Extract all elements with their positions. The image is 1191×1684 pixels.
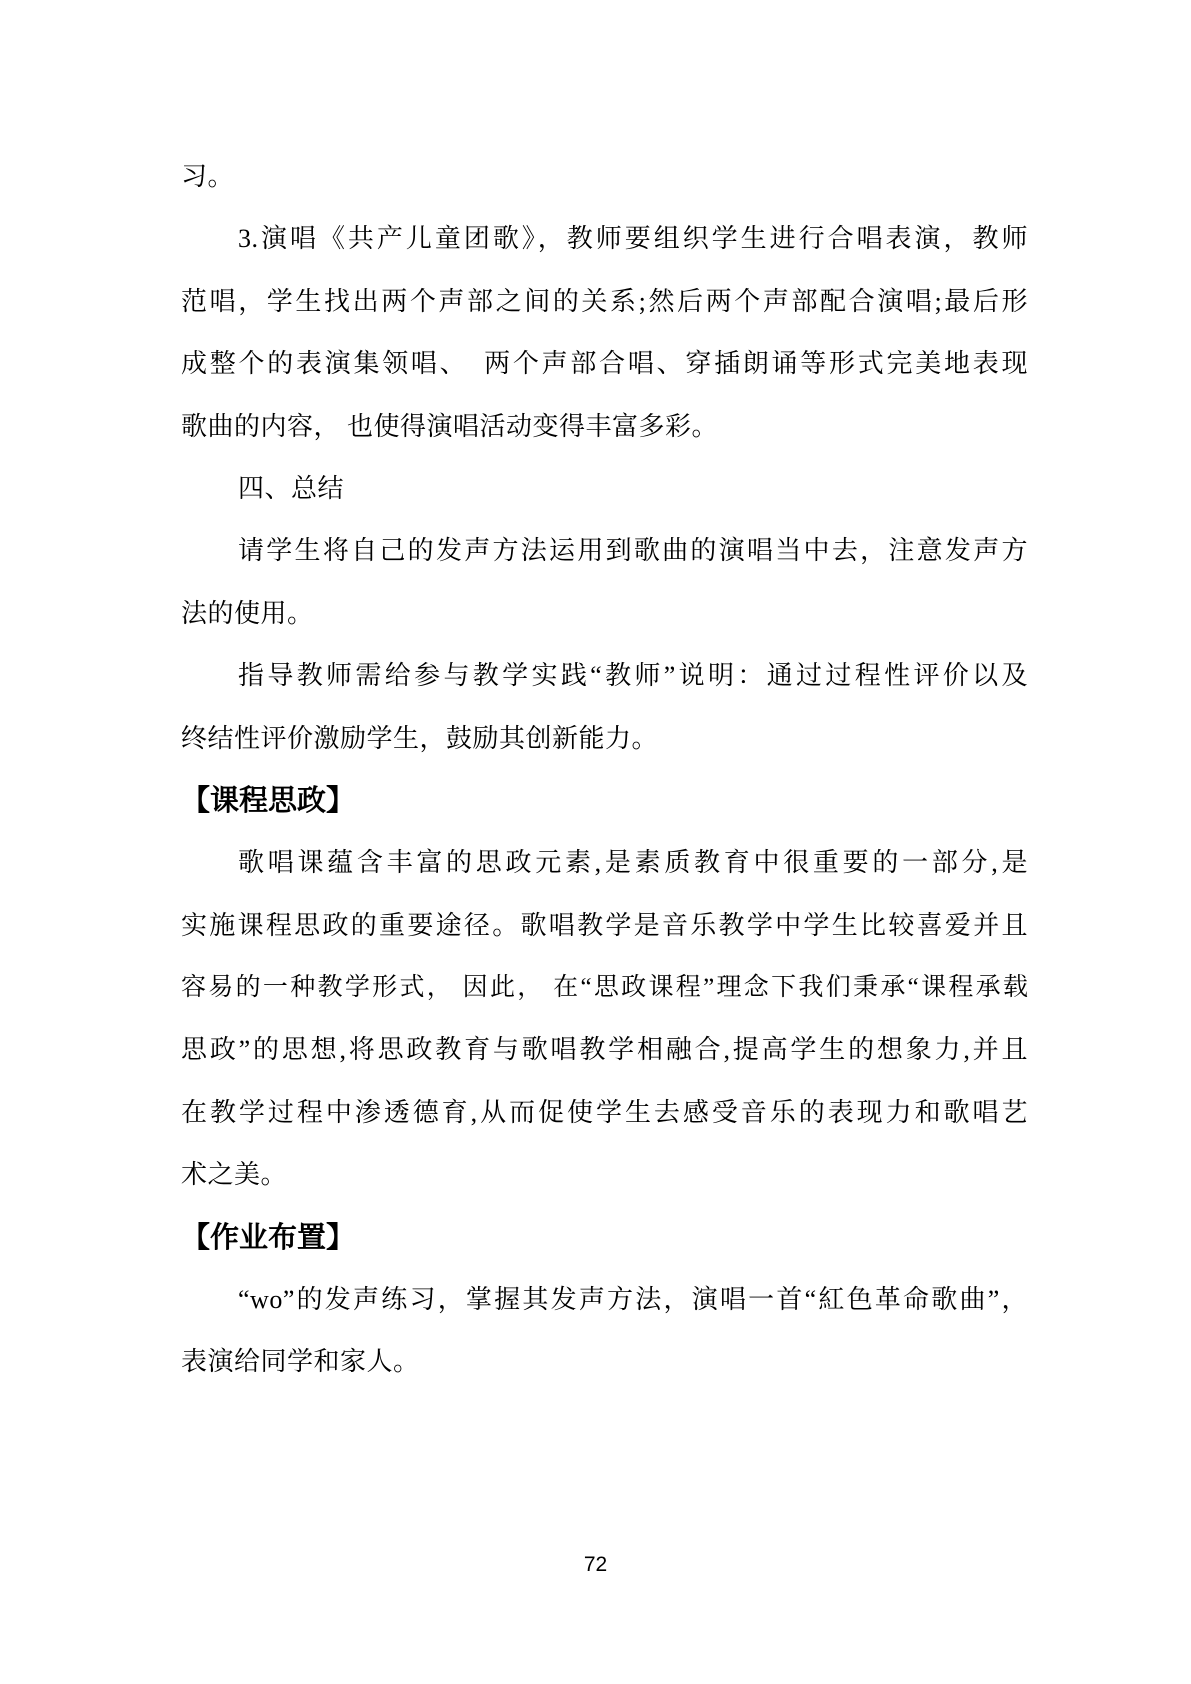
doc-line: 范唱，学生找出两个声部之间的关系;然后两个声部配合演唱;最后形 bbox=[181, 271, 1028, 333]
doc-line: 歌唱课蕴含丰富的思政元素,是素质教育中很重要的一部分,是 bbox=[181, 832, 1028, 894]
doc-line: 法的使用。 bbox=[181, 583, 1028, 645]
section-heading-homework: 【作业布置】 bbox=[181, 1207, 1028, 1269]
document-page: 习。 3.演唱《共产儿童团歌》，教师要组织学生进行合唱表演，教师 范唱，学生找出… bbox=[0, 0, 1191, 1684]
doc-line: 容易的一种教学形式， 因此， 在“思政课程”理念下我们秉承“课程承载 bbox=[181, 957, 1028, 1019]
doc-line: 术之美。 bbox=[181, 1144, 1028, 1206]
doc-line: 思政”的思想,将思政教育与歌唱教学相融合,提高学生的想象力,并且 bbox=[181, 1019, 1028, 1081]
doc-line: 终结性评价激励学生，鼓励其创新能力。 bbox=[181, 708, 1028, 770]
doc-line: “wo”的发声练习，掌握其发声方法，演唱一首“紅色革命歌曲”， bbox=[181, 1269, 1028, 1331]
doc-line-summary-heading: 四、总结 bbox=[181, 458, 1028, 520]
doc-line: 在教学过程中渗透德育,从而促使学生去感受音乐的表现力和歌唱艺 bbox=[181, 1082, 1028, 1144]
doc-line: 表演给同学和家人。 bbox=[181, 1331, 1028, 1393]
doc-line: 指导教师需给参与教学实践“教师”说明：通过过程性评价以及 bbox=[181, 645, 1028, 707]
doc-line: 习。 bbox=[181, 146, 1028, 208]
section-heading-curriculum-ideology: 【课程思政】 bbox=[181, 770, 1028, 832]
doc-line: 3.演唱《共产儿童团歌》，教师要组织学生进行合唱表演，教师 bbox=[181, 208, 1028, 270]
document-body: 习。 3.演唱《共产儿童团歌》，教师要组织学生进行合唱表演，教师 范唱，学生找出… bbox=[181, 146, 1028, 1394]
page-number: 72 bbox=[0, 1553, 1191, 1577]
doc-line: 成整个的表演集领唱、 两个声部合唱、穿插朗诵等形式完美地表现 bbox=[181, 333, 1028, 395]
doc-line: 实施课程思政的重要途径。歌唱教学是音乐教学中学生比较喜爱并且 bbox=[181, 895, 1028, 957]
doc-line: 请学生将自己的发声方法运用到歌曲的演唱当中去，注意发声方 bbox=[181, 520, 1028, 582]
doc-line: 歌曲的内容， 也使得演唱活动变得丰富多彩。 bbox=[181, 396, 1028, 458]
